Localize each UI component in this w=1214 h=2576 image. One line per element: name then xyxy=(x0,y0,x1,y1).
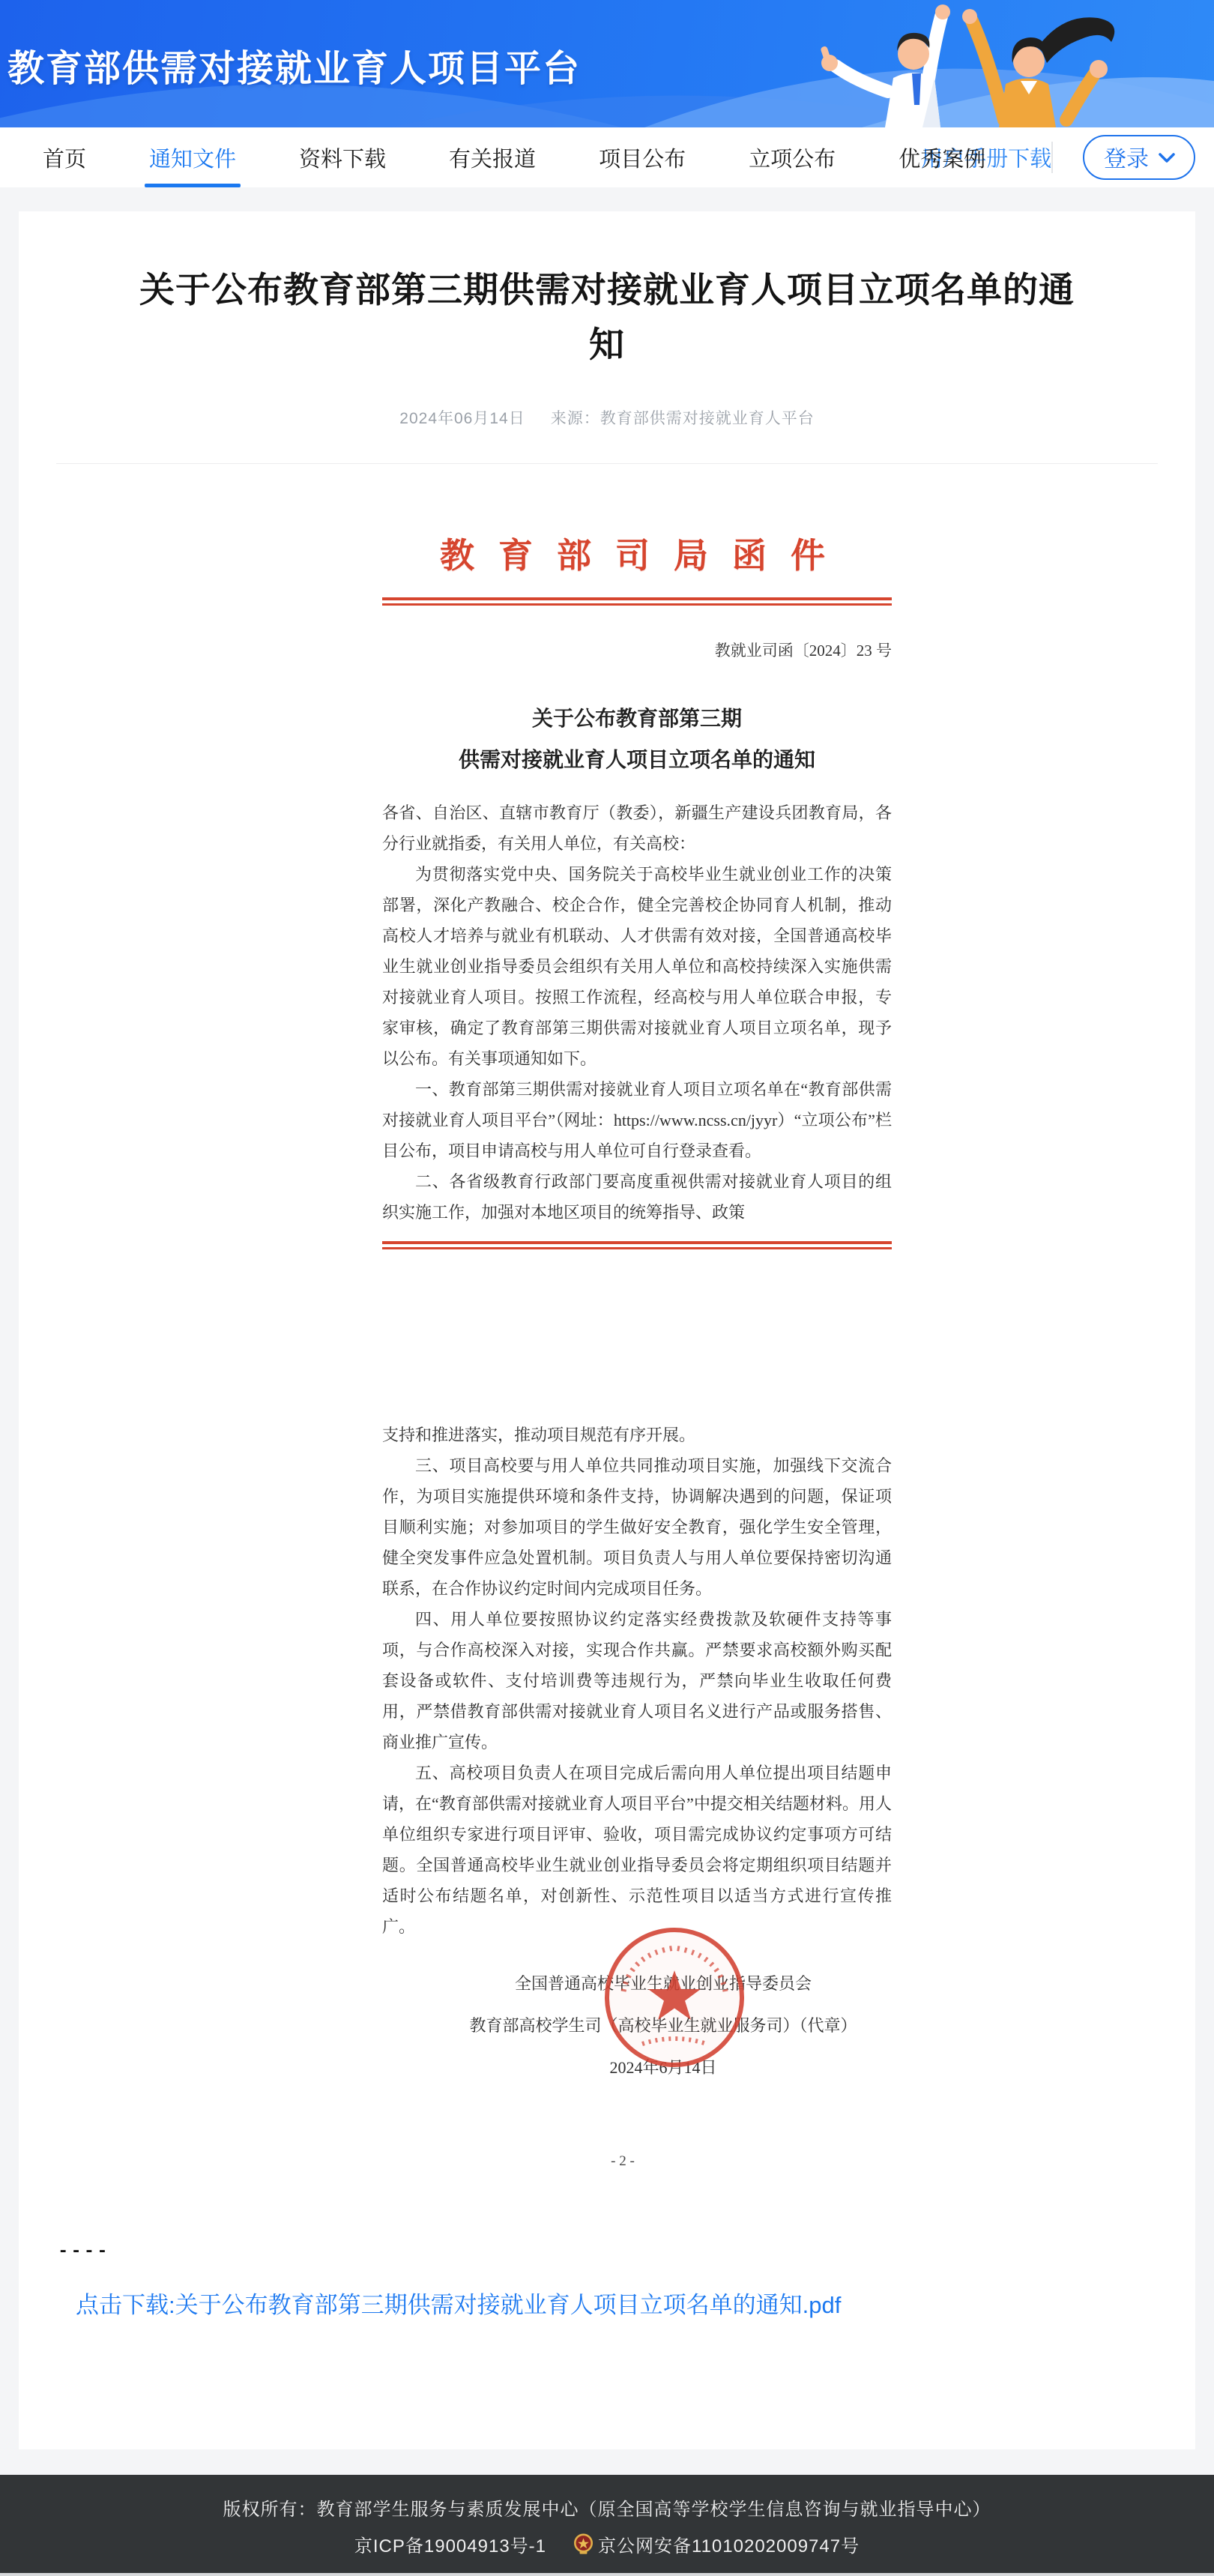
document-number: 教就业司函〔2024〕23 号 xyxy=(382,639,892,661)
letter-paragraph: 支持和推进落实，推动项目规范有序开展。 xyxy=(382,1420,892,1450)
police-badge-icon xyxy=(573,2533,594,2555)
nav-item-project-publish[interactable]: 项目公布 xyxy=(599,127,686,187)
letter-title-line2: 供需对接就业育人项目立项名单的通知 xyxy=(382,740,892,781)
nav-item-label: 首页 xyxy=(43,142,86,173)
letter-paragraph: 为贯彻落实党中央、国务院关于高校毕业生就业创业工作的决策部署，深化产教融合、校企… xyxy=(382,859,892,1074)
letterhead-title: 教育部司局函件 xyxy=(382,528,892,578)
letter-paragraph: 五、高校项目负责人在项目完成后需向用人单位提出项目结题申请，在“教育部供需对接就… xyxy=(382,1758,892,1942)
page-break-gap xyxy=(382,1249,892,1403)
nav-item-label: 资料下载 xyxy=(299,142,386,173)
meta-divider xyxy=(56,463,1158,464)
main-nav: 首页 通知文件 资料下载 有关报道 项目公布 立项公布 用户手册下载 优秀案例 … xyxy=(0,127,1214,187)
letter-paragraph: 二、各省级教育行政部门要高度重视供需对接就业育人项目的组织实施工作，加强对本地区… xyxy=(382,1166,892,1228)
nav-item-label: 项目公布 xyxy=(599,142,686,173)
scanned-letter: 教育部司局函件 教就业司函〔2024〕23 号 关于公布教育部第三期 供需对接就… xyxy=(382,528,892,2170)
nav-item-reports[interactable]: 有关报道 xyxy=(449,127,536,187)
highfive-illustration xyxy=(776,0,1180,127)
footer-bottom-strip xyxy=(0,2573,1214,2576)
login-button[interactable]: 登录 xyxy=(1083,135,1195,180)
letter-salutation: 各省、自治区、直辖市教育厅（教委），新疆生产建设兵团教育局，各分行业就指委，有关… xyxy=(382,797,892,859)
registration-line: 京ICP备19004913号-1 京公网安备11010202009747号 xyxy=(354,2531,860,2557)
letter-paragraph: 四、用人单位要按照协议约定落实经费拨款及软硬件支持等事项，与合作高校深入对接，实… xyxy=(382,1604,892,1758)
letterhead-rule xyxy=(382,597,892,606)
letter-body-page2: 支持和推进落实，推动项目规范有序开展。 三、项目高校要与用人单位共同推动项目实施… xyxy=(382,1420,892,1942)
site-title: 教育部供需对接就业育人项目平台 xyxy=(7,40,581,92)
chevron-down-icon xyxy=(1158,152,1176,164)
nav-item-label: 有关报道 xyxy=(449,142,536,173)
letter-body-page1: 各省、自治区、直辖市教育厅（教委），新疆生产建设兵团教育局，各分行业就指委，有关… xyxy=(382,797,892,1228)
top-banner: 教育部供需对接就业育人项目平台 xyxy=(0,0,1214,127)
signature-date: 2024年6月14日 xyxy=(435,2047,892,2089)
nav-divider xyxy=(1051,142,1053,173)
article-card: 关于公布教育部第三期供需对接就业育人项目立项名单的通知 2024年06月14日来… xyxy=(19,211,1195,2449)
login-label: 登录 xyxy=(1104,140,1149,173)
attachment-section: ---- 点击下载:关于公布教育部第三期供需对接就业育人项目立项名单的通知.pd… xyxy=(19,2170,1195,2320)
nav-item-label: 优秀案例 xyxy=(899,142,985,173)
nav-item-label: 立项公布 xyxy=(749,142,836,173)
publish-date: 2024年06月14日 xyxy=(399,410,525,427)
page1-footer-rule xyxy=(382,1241,892,1249)
signature-block: 全国普通高校毕业生就业创业指导委员会 教育部高校学生司（高校毕业生就业服务司）（… xyxy=(382,1963,892,2089)
police-number[interactable]: 京公网安备11010202009747号 xyxy=(598,2531,860,2557)
download-pdf-link[interactable]: 点击下载:关于公布教育部第三期供需对接就业育人项目立项名单的通知.pdf xyxy=(76,2286,841,2320)
site-footer: 版权所有：教育部学生服务与素质发展中心（原全国高等学校学生信息咨询与就业指导中心… xyxy=(0,2475,1214,2576)
signature-dept: 教育部高校学生司（高校毕业生就业服务司）（代章） xyxy=(435,2005,892,2047)
separator-dashes: ---- xyxy=(58,2242,1195,2262)
nav-item-label: 通知文件 xyxy=(149,142,236,173)
signature-org: 全国普通高校毕业生就业创业指导委员会 xyxy=(435,1963,892,2005)
nav-item-downloads[interactable]: 资料下载 xyxy=(299,127,386,187)
icp-number[interactable]: 京ICP备19004913号-1 xyxy=(354,2531,546,2557)
copyright-line: 版权所有：教育部学生服务与素质发展中心（原全国高等学校学生信息咨询与就业指导中心… xyxy=(223,2494,991,2521)
nav-item-approval-publish[interactable]: 立项公布 xyxy=(749,127,836,187)
nav-item-excellent-cases[interactable]: 用户手册下载 优秀案例 xyxy=(899,127,985,187)
letter-paragraph: 一、教育部第三期供需对接就业育人项目立项名单在“教育部供需对接就业育人项目平台”… xyxy=(382,1074,892,1166)
letter-paragraph: 三、项目高校要与用人单位共同推动项目实施，加强线下交流合作，为项目实施提供环境和… xyxy=(382,1450,892,1604)
letter-title-line1: 关于公布教育部第三期 xyxy=(382,699,892,740)
source-label: 来源：教育部供需对接就业育人平台 xyxy=(551,410,815,427)
article-meta: 2024年06月14日来源：教育部供需对接就业育人平台 xyxy=(19,406,1195,429)
nav-item-home[interactable]: 首页 xyxy=(43,127,86,187)
page-title: 关于公布教育部第三期供需对接就业育人项目立项名单的通知 xyxy=(131,262,1083,372)
page-number: - 2 - xyxy=(382,2153,892,2170)
nav-item-notices[interactable]: 通知文件 xyxy=(149,127,236,187)
letter-title: 关于公布教育部第三期 供需对接就业育人项目立项名单的通知 xyxy=(382,699,892,781)
